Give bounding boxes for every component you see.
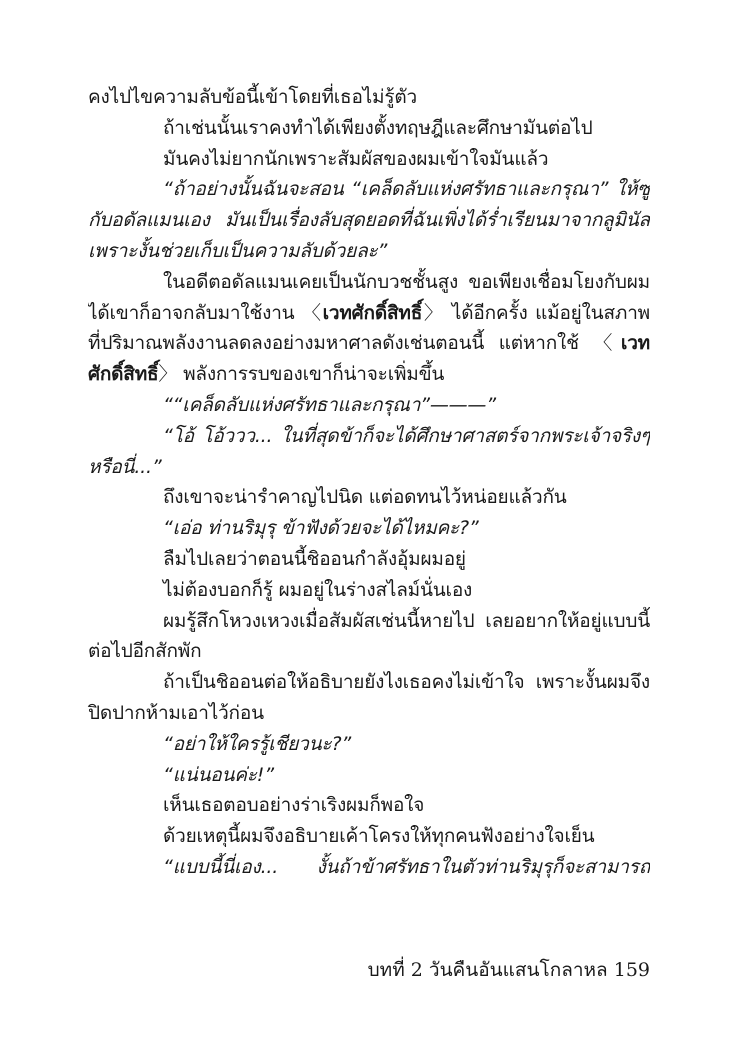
line-text: ได้เขาก็อาจกลับมาใช้งาน <box>88 302 302 324</box>
paragraph-line: ต่อไปอีกสักพัก <box>88 636 650 667</box>
dialogue-line: “อย่าให้ใครรู้เชียวนะ?” <box>88 729 650 760</box>
paragraph-line: ลืมไปเลยว่าตอนนี้ชิออนกำลังอุ้มผมอยู่ <box>88 544 650 575</box>
paragraph-line: ในอดีตอดัลแมนเคยเป็นนักบวชชั้นสูง ขอเพีย… <box>88 267 650 298</box>
bracket-open: 〈 <box>302 302 323 324</box>
paragraph-line: ถ้าเป็นชิออนต่อให้อธิบายยังไงเธอคงไม่เข้… <box>88 667 650 698</box>
paragraph-line: มันคงไม่ยากนักเพราะสัมผัสของผมเข้าใจมันแ… <box>88 144 650 175</box>
paragraph-line: ถึงเขาจะน่ารำคาญไปนิด แต่อดทนไว้หน่อยแล้… <box>88 482 650 513</box>
paragraph-line: เห็นเธอตอบอย่างร่าเริงผมก็พอใจ <box>88 790 650 821</box>
skill-label: ศักดิ์สิทธิ์ <box>88 363 158 385</box>
dialogue-line: “แบบนี้นี่เอง... งั้นถ้าข้าศรัทธาในตัวท่… <box>88 852 650 883</box>
dialogue-line: “ถ้าอย่างนั้นฉันจะสอน “เคล็ดลับแห่งศรัทธ… <box>88 174 650 205</box>
paragraph-line: ถ้าเช่นนั้นเราคงทำได้เพียงตั้งทฤษฎีและศึ… <box>88 113 650 144</box>
line-text: ที่ปริมาณพลังงานลดลงอย่างมหาศาลดังเช่นตอ… <box>88 332 593 354</box>
dialogue-line: ““เคล็ดลับแห่งศรัทธาและกรุณา”———” <box>88 390 650 421</box>
paragraph-line: ได้เขาก็อาจกลับมาใช้งาน 〈เวทศักดิ์สิทธิ์… <box>88 298 650 329</box>
dialogue-line: หรือนี่...” <box>88 452 650 483</box>
dialogue-line: เพราะงั้นช่วยเก็บเป็นความลับด้วยละ” <box>88 236 650 267</box>
paragraph-line: ศักดิ์สิทธิ์〉 พลังการรบของเขาก็น่าจะเพิ่… <box>88 359 650 390</box>
skill-name: 〈เวทศักดิ์สิทธิ์〉 <box>302 302 444 324</box>
skill-label: เวท <box>621 332 650 354</box>
bracket-close: 〉 <box>422 302 444 324</box>
dialogue-line: “เอ่อ ท่านริมุรุ ข้าฟังด้วยจะได้ไหมคะ?” <box>88 513 650 544</box>
chapter-title: บทที่ 2 วันคืนอันแสนโกลาหล <box>368 959 608 981</box>
skill-label: เวทศักดิ์สิทธิ์ <box>323 302 423 324</box>
paragraph-line: คงไปไขความลับข้อนี้เข้าโดยที่เธอไม่รู้ตั… <box>88 82 650 113</box>
skill-name: 〈เวท <box>593 332 650 354</box>
line-text: ได้อีกครั้ง แม้อยู่ในสภาพ <box>444 302 650 324</box>
dialogue-line: “โอ้ โอ้ววว... ในที่สุดข้าก็จะได้ศึกษาศา… <box>88 421 650 452</box>
paragraph-line: ด้วยเหตุนี้ผมจึงอธิบายเค้าโครงให้ทุกคนฟั… <box>88 821 650 852</box>
bracket-open: 〈 <box>593 332 621 354</box>
page-number: 159 <box>614 959 650 981</box>
page-footer: บทที่ 2 วันคืนอันแสนโกลาหล 159 <box>368 955 650 985</box>
paragraph-line: ไม่ต้องบอกก็รู้ ผมอยู่ในร่างสไลม์นั่นเอง <box>88 575 650 606</box>
paragraph-line: ที่ปริมาณพลังงานลดลงอย่างมหาศาลดังเช่นตอ… <box>88 328 650 359</box>
bracket-close: 〉 <box>158 363 177 385</box>
paragraph-line: ปิดปากห้ามเอาไว้ก่อน <box>88 698 650 729</box>
skill-name: ศักดิ์สิทธิ์〉 <box>88 363 177 385</box>
dialogue-line: กับอดัลแมนเอง มันเป็นเรื่องลับสุดยอดที่ฉ… <box>88 205 650 236</box>
dialogue-line: “แน่นอนค่ะ!” <box>88 760 650 791</box>
book-page-body: คงไปไขความลับข้อนี้เข้าโดยที่เธอไม่รู้ตั… <box>88 82 650 883</box>
paragraph-line: ผมรู้สึกโหวงเหวงเมื่อสัมผัสเช่นนี้หายไป … <box>88 606 650 637</box>
line-text: พลังการรบของเขาก็น่าจะเพิ่มขึ้น <box>177 363 444 385</box>
